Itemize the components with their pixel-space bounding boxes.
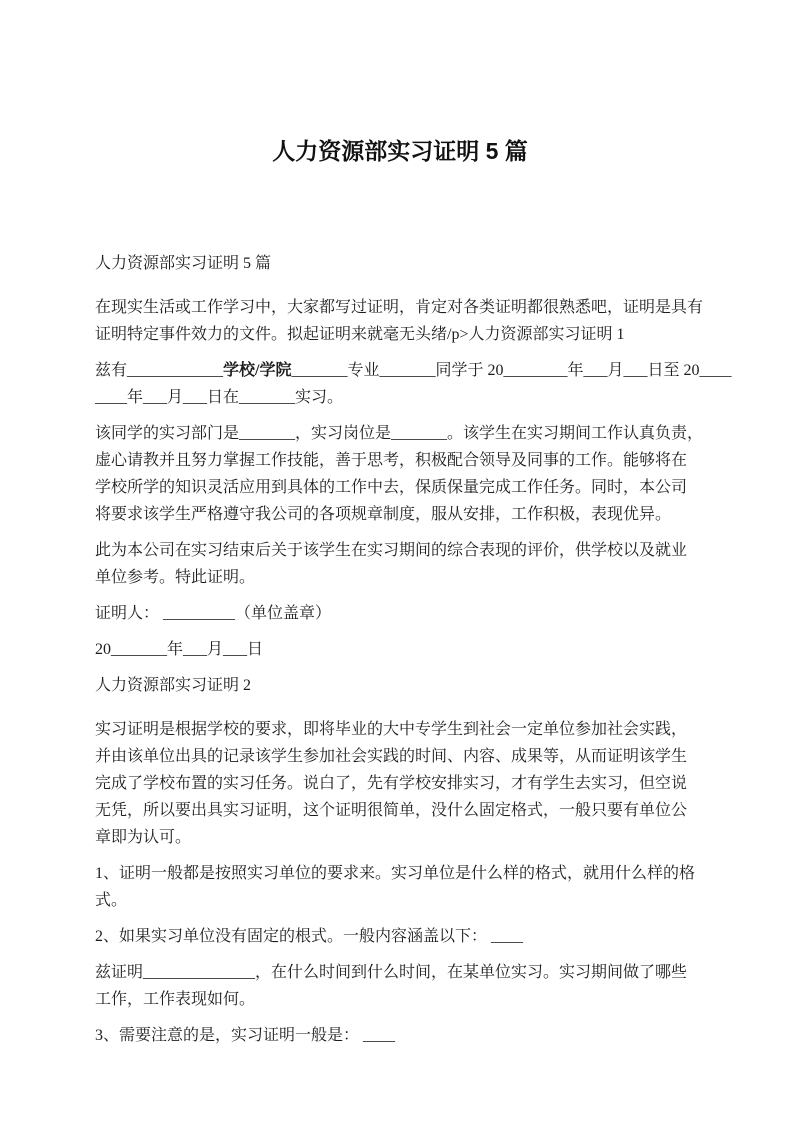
cert1-signature: 证明人： _________（单位盖章） (95, 600, 705, 627)
text-line: 该同学的实习部门是_______，实习岗位是_______。该学生在实习期间工作… (95, 420, 705, 447)
cert1-date: 20_______年___月___日 (95, 636, 705, 663)
text-line: 并由该单位出具的记录该学生参加社会实践的时间、内容、成果等，从而证明该学生 (95, 743, 705, 770)
document-title: 人力资源部实习证明 5 篇 (95, 136, 705, 166)
cert1-closing: 此为本公司在实习结束后关于该学生在实习期间的综合表现的评价，供学校以及就业单位参… (95, 537, 705, 591)
text-line: 工作，工作表现如何。 (95, 986, 705, 1013)
text-segment: 人力资源部实习证明 2 (95, 677, 251, 694)
text-segment: 此为本公司在实习结束后关于该学生在实习期间的综合表现的评价，供学校以及就业 (95, 542, 687, 559)
text-segment: 学校所学的知识灵活应用到具体的工作中去，保质保量完成工作任务。同时，本公司 (95, 479, 687, 496)
text-segment: 证明特定事件效力的文件。拟起证明来就毫无头绪/p>人力资源部实习证明 1 (95, 326, 624, 343)
text-line: 式。 (95, 887, 705, 914)
text-line: 兹证明______________，在什么时间到什么时间，在某单位实习。实习期间… (95, 959, 705, 986)
text-line: 人力资源部实习证明 5 篇 (95, 250, 705, 277)
text-line: 将要求该学生严格遵守我公司的各项规章制度，服从安排，工作积极，表现优异。 (95, 501, 705, 528)
text-segment: 兹证明______________，在什么时间到什么时间，在某单位实习。实习期间… (95, 964, 687, 981)
text-line: 兹有____________学校/学院_______专业_______同学于 2… (95, 357, 705, 384)
text-segment: 将要求该学生严格遵守我公司的各项规章制度，服从安排，工作积极，表现优异。 (95, 506, 671, 523)
text-line: 章即为认可。 (95, 824, 705, 851)
text-line: 证明人： _________（单位盖章） (95, 600, 705, 627)
text-segment: 实习证明是根据学校的要求，即将毕业的大中专学生到社会一定单位参加社会实践， (95, 721, 687, 738)
cert1-opening: 兹有____________学校/学院_______专业_______同学于 2… (95, 357, 705, 411)
text-line: 2、如果实习单位没有固定的根式。一般内容涵盖以下： ____ (95, 923, 705, 950)
text-line: 单位参考。特此证明。 (95, 564, 705, 591)
text-segment: ____年___月___日在_______实习。 (95, 389, 343, 406)
text-line: 此为本公司在实习结束后关于该学生在实习期间的综合表现的评价，供学校以及就业 (95, 537, 705, 564)
text-segment: 人力资源部实习证明 5 篇 (95, 255, 271, 272)
document-body: 人力资源部实习证明 5 篇在现实生活或工作学习中，大家都写过证明，肯定对各类证明… (95, 250, 705, 1049)
cert2-point-2: 2、如果实习单位没有固定的根式。一般内容涵盖以下： ____ (95, 923, 705, 950)
cert2-heading: 人力资源部实习证明 2 (95, 672, 705, 699)
cert2-point-1: 1、证明一般都是按照实习单位的要求来。实习单位是什么样的格式，就用什么样的格式。 (95, 860, 705, 914)
text-line: 1、证明一般都是按照实习单位的要求来。实习单位是什么样的格式，就用什么样的格 (95, 860, 705, 887)
text-segment: 并由该单位出具的记录该学生参加社会实践的时间、内容、成果等，从而证明该学生 (95, 748, 687, 765)
text-line: 实习证明是根据学校的要求，即将毕业的大中专学生到社会一定单位参加社会实践， (95, 716, 705, 743)
text-segment: 章即为认可。 (95, 829, 191, 846)
text-line: 证明特定事件效力的文件。拟起证明来就毫无头绪/p>人力资源部实习证明 1 (95, 321, 705, 348)
text-segment: 在现实生活或工作学习中，大家都写过证明，肯定对各类证明都很熟悉吧，证明是具有 (95, 299, 703, 316)
text-segment: 20_______年___月___日 (95, 641, 263, 658)
cert2-template: 兹证明______________，在什么时间到什么时间，在某单位实习。实习期间… (95, 959, 705, 1013)
bold-text-segment: 学校/学院 (223, 362, 291, 379)
doc-subtitle: 人力资源部实习证明 5 篇 (95, 250, 705, 277)
text-segment: 虚心请教并且努力掌握工作技能，善于思考，积极配合领导及同事的工作。能够将在 (95, 452, 687, 469)
cert1-evaluation: 该同学的实习部门是_______，实习岗位是_______。该学生在实习期间工作… (95, 420, 705, 528)
text-line: 3、需要注意的是，实习证明一般是： ____ (95, 1022, 705, 1049)
text-line: 虚心请教并且努力掌握工作技能，善于思考，积极配合领导及同事的工作。能够将在 (95, 447, 705, 474)
text-segment: 该同学的实习部门是_______，实习岗位是_______。该学生在实习期间工作… (95, 425, 703, 442)
text-line: 人力资源部实习证明 2 (95, 672, 705, 699)
text-line: 无凭，所以要出具实习证明，这个证明很简单，没什么固定格式，一般只要有单位公 (95, 797, 705, 824)
intro-paragraph: 在现实生活或工作学习中，大家都写过证明，肯定对各类证明都很熟悉吧，证明是具有证明… (95, 294, 705, 348)
text-segment: 证明人： _________（单位盖章） (95, 605, 331, 622)
text-segment: 兹有____________ (95, 362, 223, 379)
text-segment: 无凭，所以要出具实习证明，这个证明很简单，没什么固定格式，一般只要有单位公 (95, 802, 687, 819)
text-line: 学校所学的知识灵活应用到具体的工作中去，保质保量完成工作任务。同时，本公司 (95, 474, 705, 501)
text-line: 完成了学校布置的实习任务。说白了，先有学校安排实习，才有学生去实习，但空说 (95, 770, 705, 797)
document-page: 人力资源部实习证明 5 篇 人力资源部实习证明 5 篇在现实生活或工作学习中，大… (0, 0, 793, 1122)
text-segment: 1、证明一般都是按照实习单位的要求来。实习单位是什么样的格式，就用什么样的格 (95, 865, 695, 882)
text-line: 20_______年___月___日 (95, 636, 705, 663)
text-segment: 完成了学校布置的实习任务。说白了，先有学校安排实习，才有学生去实习，但空说 (95, 775, 687, 792)
text-segment: 2、如果实习单位没有固定的根式。一般内容涵盖以下： ____ (95, 928, 523, 945)
text-segment: 工作，工作表现如何。 (95, 991, 255, 1008)
text-line: ____年___月___日在_______实习。 (95, 384, 705, 411)
cert2-intro: 实习证明是根据学校的要求，即将毕业的大中专学生到社会一定单位参加社会实践，并由该… (95, 716, 705, 851)
text-segment: 单位参考。特此证明。 (95, 569, 255, 586)
text-segment: 式。 (95, 892, 127, 909)
cert2-point-3: 3、需要注意的是，实习证明一般是： ____ (95, 1022, 705, 1049)
text-segment: _______专业_______同学于 20________年___月___日至… (291, 362, 731, 379)
text-segment: 3、需要注意的是，实习证明一般是： ____ (95, 1027, 395, 1044)
document-content: 人力资源部实习证明 5 篇 人力资源部实习证明 5 篇在现实生活或工作学习中，大… (0, 0, 793, 1049)
text-line: 在现实生活或工作学习中，大家都写过证明，肯定对各类证明都很熟悉吧，证明是具有 (95, 294, 705, 321)
